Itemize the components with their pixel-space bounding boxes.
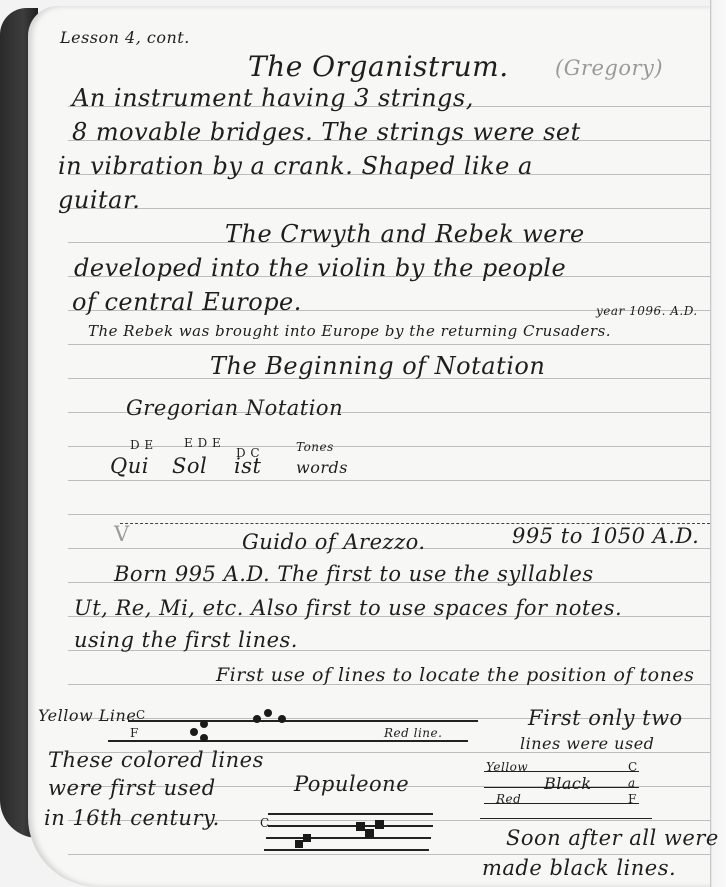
neume bbox=[303, 834, 311, 842]
rebek-line: The Rebek was brought into Europe by the… bbox=[88, 322, 611, 340]
gregorian-word: Qui bbox=[110, 454, 149, 478]
note bbox=[190, 728, 198, 736]
organistrum-line: 8 movable bridges. The strings were set bbox=[72, 118, 581, 146]
organistrum-line: An instrument having 3 strings, bbox=[72, 84, 474, 112]
legend-letter: a bbox=[628, 776, 636, 790]
colored-lines-note: These colored lines bbox=[48, 748, 264, 772]
gregorian-subtitle: Gregorian Notation bbox=[126, 396, 343, 420]
page-edge bbox=[710, 0, 726, 887]
note bbox=[200, 734, 208, 742]
tone-letters: D E bbox=[130, 438, 154, 452]
ruled-line bbox=[68, 480, 718, 481]
organistrum-line: in vibration by a crank. Shaped like a bbox=[58, 152, 533, 180]
tones-label: Tones bbox=[296, 440, 334, 454]
ruled-line bbox=[68, 208, 718, 209]
page-title: The Organistrum. bbox=[248, 50, 509, 83]
neume bbox=[365, 829, 374, 838]
guido-title: Guido of Arezzo. bbox=[242, 530, 426, 554]
red-line-label: Red line. bbox=[384, 726, 442, 740]
colored-lines-note: in 16th century. bbox=[44, 806, 220, 830]
populeone-staff-line bbox=[266, 837, 431, 839]
neume bbox=[356, 822, 365, 831]
guido-marker: V bbox=[114, 522, 130, 546]
ruled-line bbox=[68, 514, 718, 515]
red-clef: F bbox=[130, 726, 139, 740]
title-note: (Gregory) bbox=[555, 56, 663, 80]
year-note: year 1096. A.D. bbox=[596, 304, 698, 318]
crwth-line: The Crwyth and Rebek were bbox=[225, 220, 585, 248]
lesson-header: Lesson 4, cont. bbox=[60, 28, 190, 47]
colored-lines-note: were first used bbox=[48, 776, 216, 800]
populeone-staff-line bbox=[268, 813, 433, 815]
lines-heading: First use of lines to locate the positio… bbox=[216, 664, 694, 686]
two-lines-note: First only two bbox=[528, 706, 683, 730]
guido-line: Ut, Re, Mi, etc. Also first to use space… bbox=[74, 596, 622, 620]
neume bbox=[295, 840, 303, 848]
tone-letters: E D E bbox=[184, 436, 221, 450]
words-label: words bbox=[296, 458, 348, 477]
populeone-staff-line bbox=[268, 825, 433, 827]
guido-line: using the first lines. bbox=[74, 628, 298, 652]
ruled-line bbox=[68, 344, 718, 345]
populeone-title: Populeone bbox=[294, 772, 409, 796]
two-lines-note: lines were used bbox=[520, 734, 654, 753]
guido-dates: 995 to 1050 A.D. bbox=[512, 524, 699, 548]
neume bbox=[375, 820, 384, 829]
legend-red: Red bbox=[496, 792, 521, 806]
ruled-line bbox=[68, 446, 718, 447]
notation-title: The Beginning of Notation bbox=[210, 352, 545, 380]
legend-letter: C bbox=[628, 760, 638, 774]
yellow-line-label: Yellow Line bbox=[38, 706, 136, 725]
legend-yellow: Yellow bbox=[486, 760, 528, 774]
gregorian-word: Sol bbox=[172, 454, 207, 478]
legend-line-bottom bbox=[480, 818, 652, 819]
legend-black: Black bbox=[544, 774, 592, 793]
later-note: made black lines. bbox=[482, 856, 676, 880]
red-staff-line bbox=[108, 740, 468, 742]
note bbox=[253, 715, 261, 723]
crwth-line: developed into the violin by the people bbox=[74, 254, 566, 282]
ruled-line bbox=[68, 854, 718, 855]
legend-letter: F bbox=[628, 792, 637, 806]
later-note: Soon after all were bbox=[506, 826, 719, 850]
crwth-line: of central Europe. bbox=[72, 288, 302, 316]
note bbox=[278, 715, 286, 723]
populeone-staff-line bbox=[264, 849, 429, 851]
populeone-clef: C bbox=[260, 816, 270, 830]
yellow-staff-line bbox=[128, 720, 478, 722]
guido-line: Born 995 A.D. The first to use the sylla… bbox=[114, 562, 594, 586]
gregorian-word: ist bbox=[234, 454, 261, 478]
note bbox=[264, 709, 272, 717]
note bbox=[200, 720, 208, 728]
organistrum-line: guitar. bbox=[58, 186, 140, 214]
